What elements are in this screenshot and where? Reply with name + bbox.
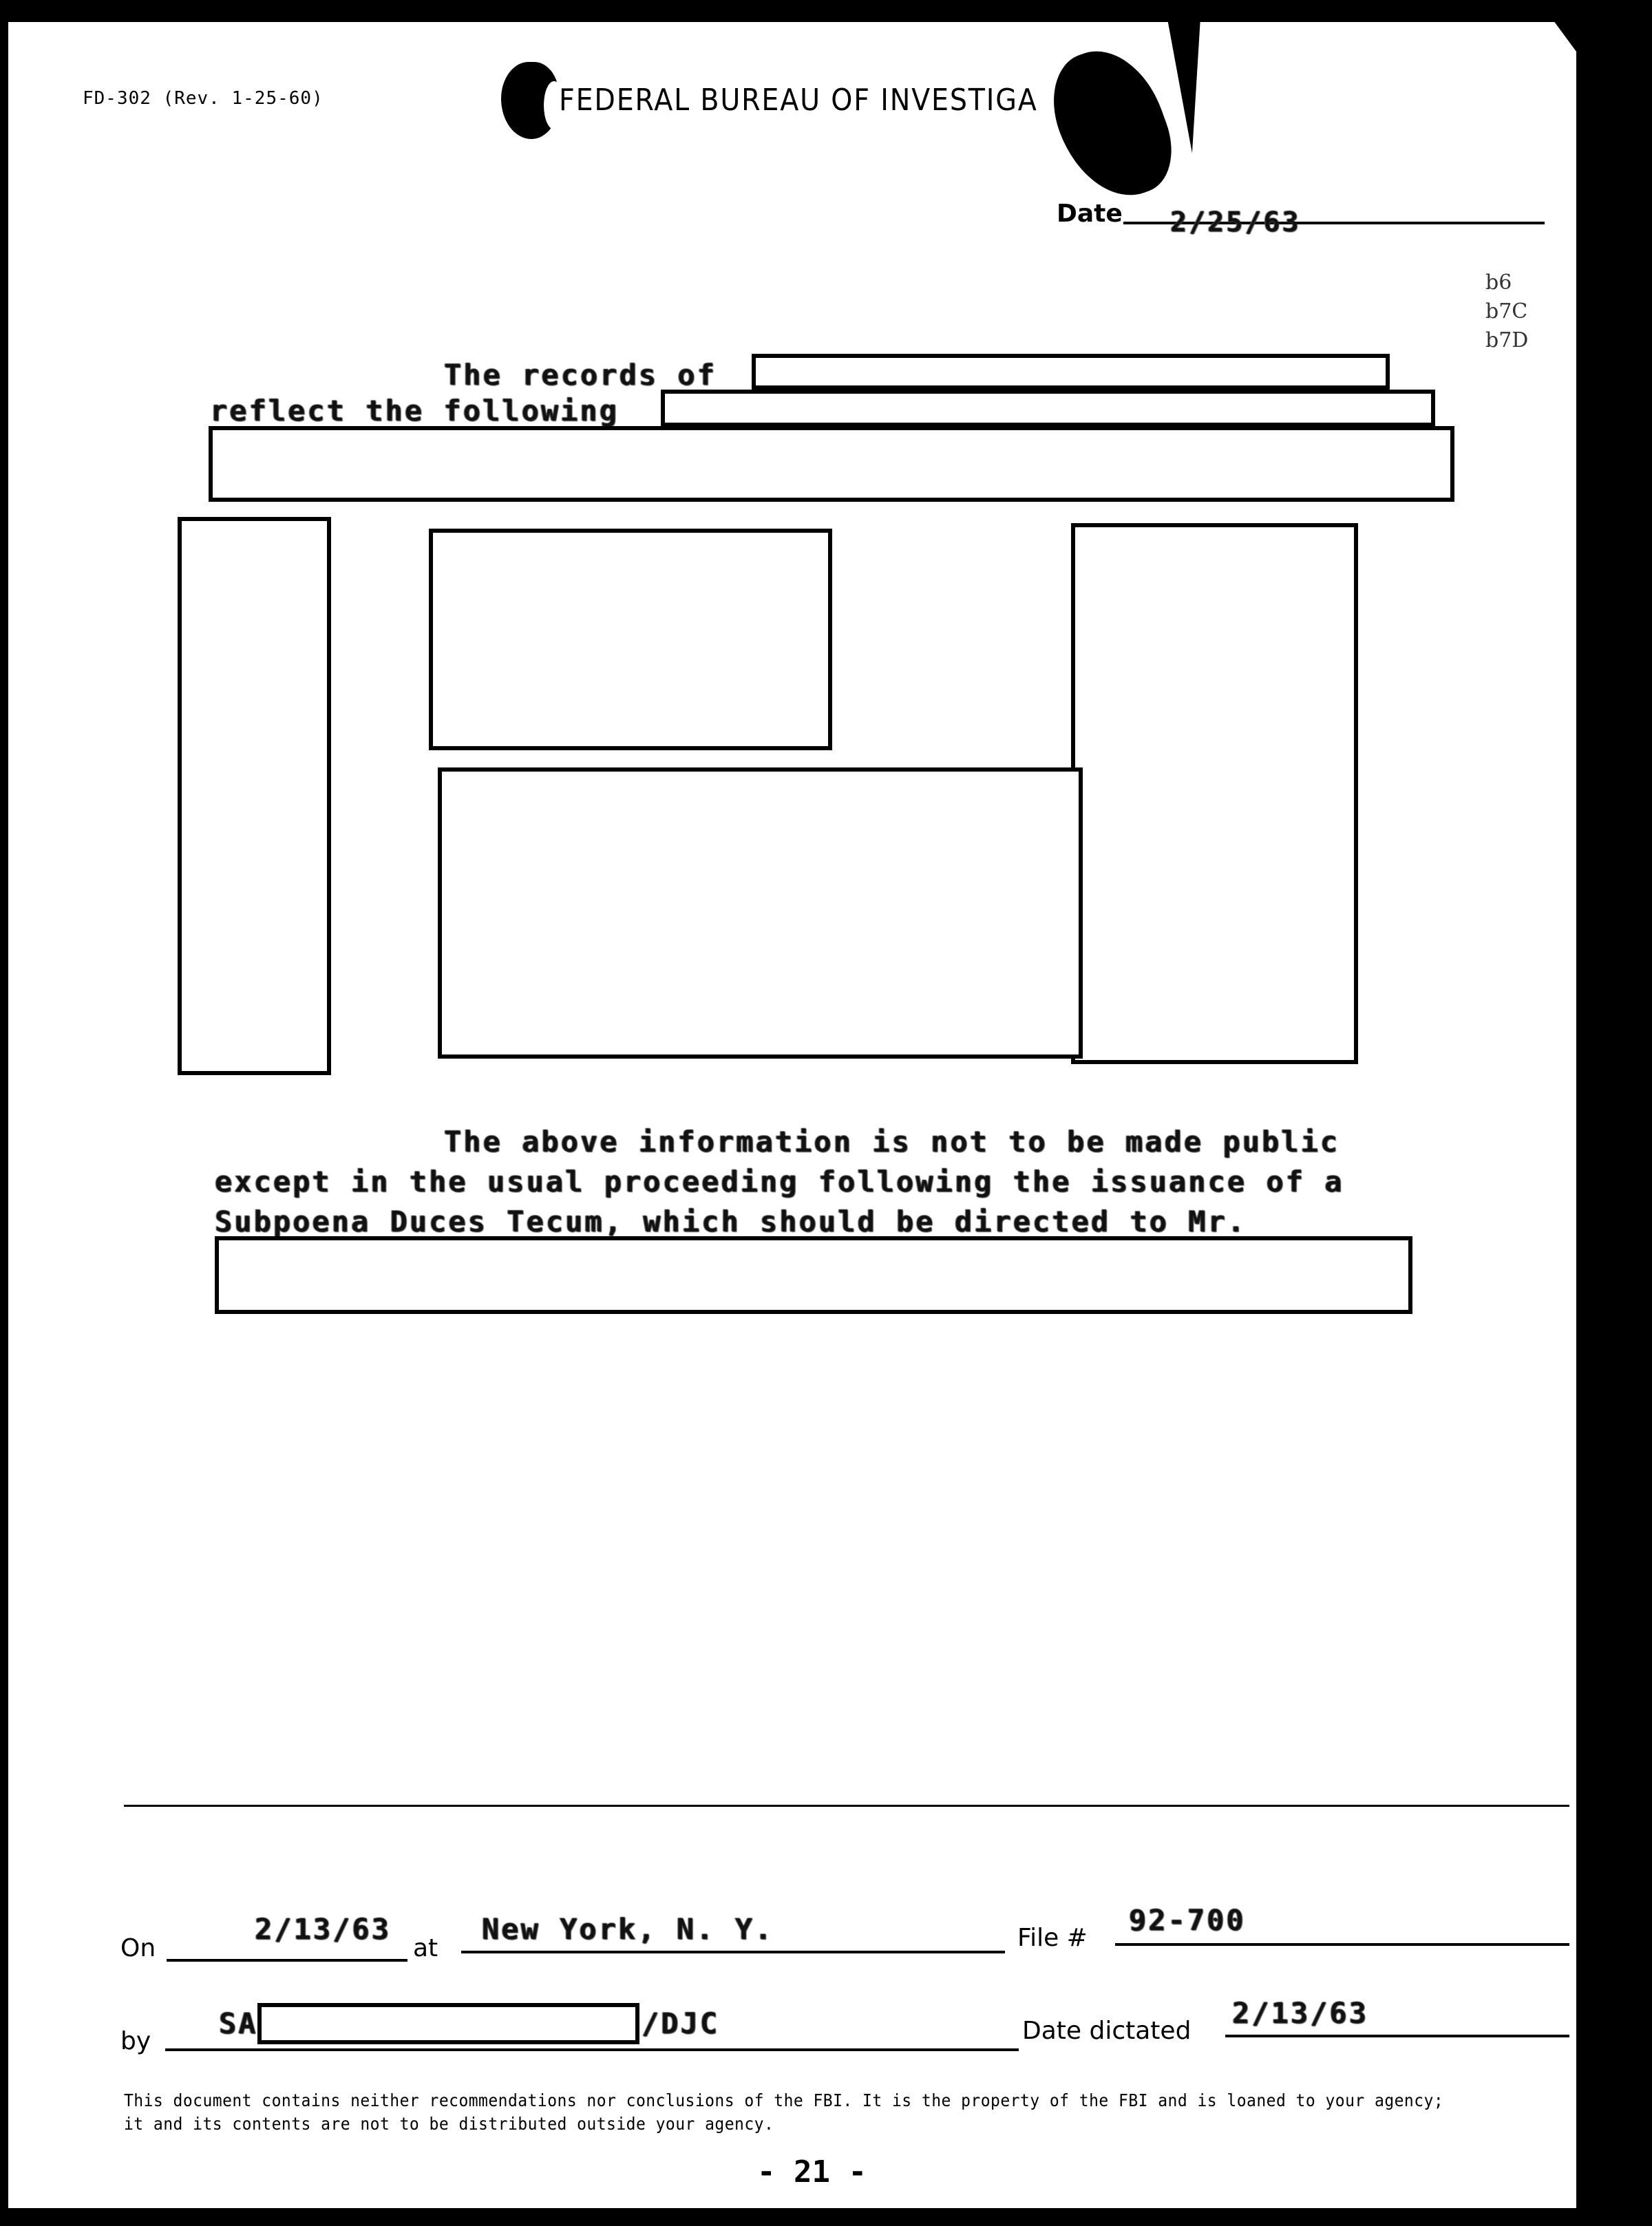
redaction-box: [752, 354, 1390, 390]
page-number: - 21 -: [757, 2154, 867, 2190]
at-underline: [461, 1951, 1005, 1953]
agency-title: FEDERAL BUREAU OF INVESTIGA: [559, 83, 1038, 118]
redaction-box: [1071, 523, 1358, 1064]
document-page: [8, 22, 1619, 2208]
date-dictated-value: 2/13/63: [1232, 1996, 1368, 2030]
on-underline: [167, 1959, 407, 1962]
redaction-box: [209, 426, 1454, 502]
scan-border: [1576, 22, 1652, 2208]
redaction-box: [438, 767, 1083, 1059]
by-underline: [165, 2048, 1019, 2051]
file-value: 92-700: [1129, 1903, 1246, 1937]
records-line-1: The records of: [444, 358, 717, 392]
records-line-2: reflect the following: [210, 394, 619, 427]
redaction-box: [429, 529, 832, 750]
footer-separator: [124, 1805, 1569, 1807]
on-label: On: [120, 1934, 156, 1962]
exemption-codes: b6 b7C b7D: [1485, 268, 1528, 355]
file-underline: [1115, 1943, 1569, 1946]
at-value: New York, N. Y.: [482, 1912, 774, 1946]
date-value: 2/25/63: [1170, 206, 1301, 238]
exemption-b7d: b7D: [1485, 326, 1528, 355]
by-label: by: [120, 2027, 151, 2055]
at-label: at: [413, 1934, 438, 1962]
date-label: Date: [1057, 200, 1123, 228]
redaction-box: [178, 517, 331, 1075]
notice-line-2: except in the usual proceeding following…: [215, 1162, 1344, 1202]
date-dictated-underline: [1225, 2035, 1569, 2037]
form-id: FD-302 (Rev. 1-25-60): [83, 88, 324, 109]
exemption-b6: b6: [1485, 268, 1528, 297]
on-value: 2/13/63: [255, 1912, 391, 1946]
by-prefix: SA: [219, 2006, 258, 2040]
notice-line-1: The above information is not to be made …: [444, 1122, 1339, 1162]
redaction-box: [661, 390, 1435, 427]
date-dictated-label: Date dictated: [1022, 2017, 1191, 2045]
redaction-box: [257, 2003, 639, 2044]
disclaimer-text: This document contains neither recommend…: [124, 2089, 1454, 2136]
by-suffix: /DJC: [642, 2006, 719, 2040]
exemption-b7c: b7C: [1485, 297, 1528, 326]
redaction-box: [215, 1236, 1412, 1314]
file-label: File #: [1017, 1924, 1088, 1952]
